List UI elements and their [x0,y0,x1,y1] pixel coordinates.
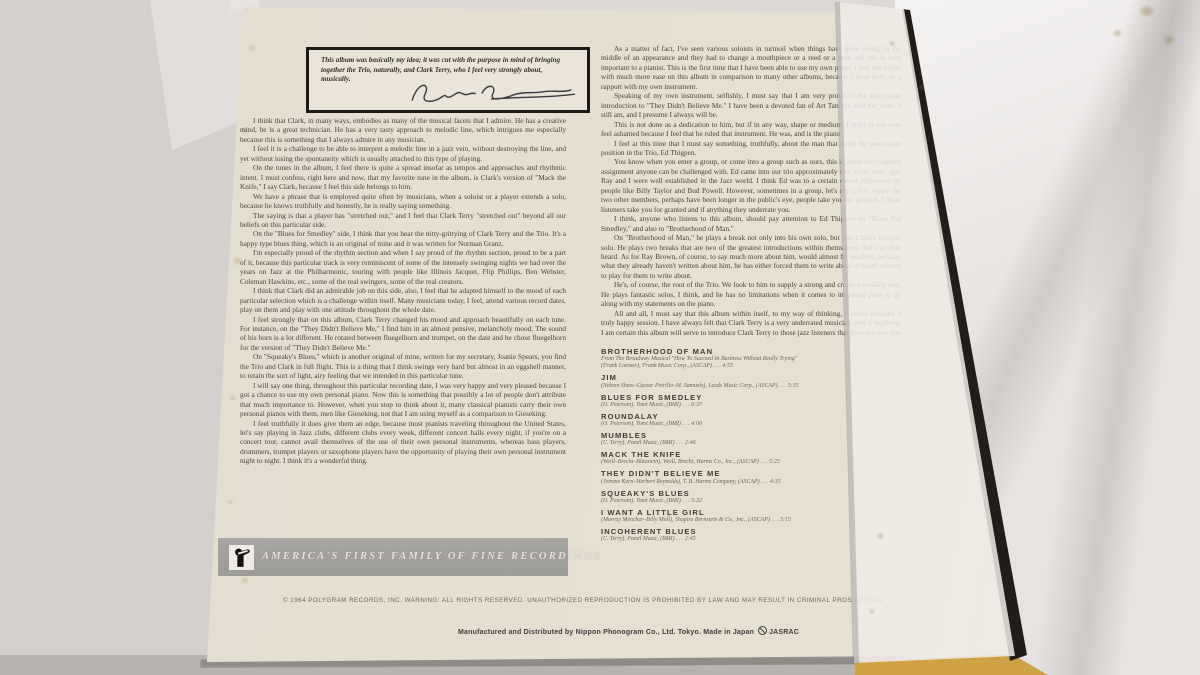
stain [888,40,896,47]
liner-paragraph: The saying is that a player has "stretch… [240,211,566,230]
liner-paragraph: I feel truthfully it does give them an e… [240,419,566,466]
oscar-peterson-signature [404,76,579,110]
liner-paragraph: I think that Clark, in many ways, embodi… [240,116,566,144]
stain [918,84,925,91]
stain [240,576,250,585]
mercury-head-icon [229,545,254,570]
stain [876,532,885,540]
liner-paragraph: I think that Clark did an admirable job … [240,286,566,314]
producer-quote-box: This album was basically my idea; it was… [306,47,590,113]
manufacture-line: Manufactured and Distributed by Nippon P… [458,626,799,636]
banner-slogan: AMERICA'S FIRST FAMILY OF FINE RECORDING… [262,549,562,565]
liner-paragraph: I'm especially proud of the rhythm secti… [240,248,566,286]
liner-paragraph: On the "Blues for Smedley" side, I think… [240,229,566,248]
liner-paragraph: I feel it is a challenge to be able to i… [240,144,566,163]
rights-society-text: JASRAC [769,629,799,636]
stain [1162,34,1176,46]
stain [228,394,237,402]
label-banner: AMERICA'S FIRST FAMILY OF FINE RECORDING… [218,538,568,576]
copyright-line: © 1964 POLYGRAM RECORDS, INC. WARNING: A… [283,597,883,604]
liner-paragraph: I feel strongly that on this album, Clar… [240,315,566,353]
manufacture-text: Manufactured and Distributed by Nippon P… [458,629,754,636]
stain [868,608,876,615]
liner-paragraph: On the tunes in the album, I feel there … [240,163,566,191]
mercury-logo-box [229,545,254,570]
liner-paragraph: On "Squeaky's Blues," which is another o… [240,352,566,380]
stain [1138,4,1156,18]
album-back-cover-photo: This album was basically my idea; it was… [0,0,1200,675]
jasrac-mark-icon [758,626,767,635]
liner-paragraph: I will say one thing, throughout this pa… [240,381,566,419]
stain [226,498,234,506]
stain [1112,28,1123,38]
liner-paragraph: We have a phrase that is employed quite … [240,192,566,211]
stain [247,44,257,52]
liner-notes-left-column: I think that Clark, in many ways, embodi… [240,116,566,532]
